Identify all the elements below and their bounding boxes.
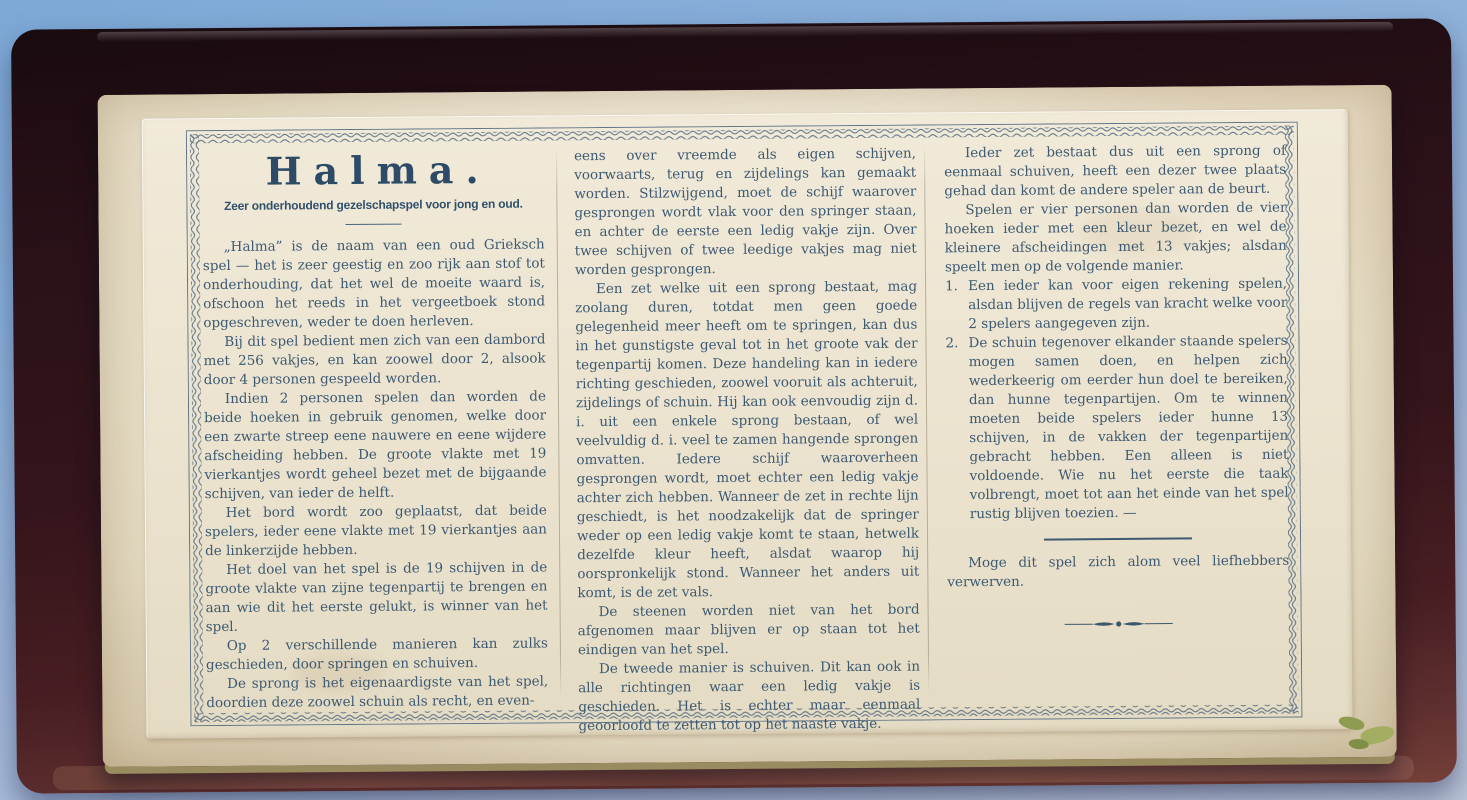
paragraph: De sprong is het eigenaardigste van het … <box>206 672 548 713</box>
list-item: 1. Een ieder kan voor eigen rekening spe… <box>945 275 1287 335</box>
instruction-sheet: Halma. Zeer onderhoudend gezelschapspel … <box>98 85 1397 767</box>
paragraph: Een zet welke uit een sprong bestaat, ma… <box>575 278 920 604</box>
list-item-number: 1. <box>945 277 968 334</box>
title-rule <box>346 224 402 225</box>
column-3: Ieder zet bestaat dus uit een sprong of … <box>944 142 1290 637</box>
paragraph: „Halma” is de naam van een oud Grieksch … <box>203 235 546 333</box>
page-title: Halma. <box>202 149 544 192</box>
paragraph: Indien 2 personen spelen dan worden de b… <box>204 387 547 504</box>
paragraph: De tweede manier is schuiven. Dit kan oo… <box>578 658 921 737</box>
column-1: Halma. Zeer onderhoudend gezelschapspel … <box>202 147 548 713</box>
closing-paragraph: Moge dit spel zich alom veel liefhebbers… <box>947 551 1289 592</box>
paragraph: Spelen er vier personen dan worden de vi… <box>944 199 1287 278</box>
box-top-sheen <box>97 22 1393 42</box>
list-item-text: De schuin tegenover elkander staande spe… <box>968 332 1288 524</box>
paragraph: De steenen worden niet van het bord afge… <box>578 601 920 661</box>
end-ornament-icon <box>1063 617 1175 630</box>
list-item: 2. De schuin tegenover elkander staande … <box>945 332 1288 525</box>
corner-wear <box>1334 711 1404 758</box>
closing-block: Moge dit spel zich alom veel liefhebbers… <box>947 551 1289 592</box>
paragraph: Het bord wordt zoo geplaatst, dat beide … <box>205 501 547 561</box>
end-ornament <box>948 615 1290 637</box>
list-item-number: 2. <box>945 334 969 524</box>
paragraph: Ieder zet bestaat dus uit een sprong of … <box>944 142 1286 202</box>
list-item-text: Een ieder kan voor eigen rekening spelen… <box>968 275 1287 335</box>
paragraph: eens over vreemde als eigen schijven, vo… <box>574 145 917 281</box>
title-block: Halma. Zeer onderhoudend gezelschapspel … <box>202 149 545 226</box>
photo-background: Halma. Zeer onderhoudend gezelschapspel … <box>0 0 1467 800</box>
paragraph: Op 2 verschillende manieren kan zulks ge… <box>206 634 548 675</box>
page-subtitle: Zeer onderhoudend gezelschapspel voor jo… <box>202 194 544 216</box>
rules-list: 1. Een ieder kan voor eigen rekening spe… <box>945 275 1289 525</box>
paragraph: Het doel van het spel is de 19 schijven … <box>205 558 548 637</box>
game-box-lid: Halma. Zeer onderhoudend gezelschapspel … <box>11 18 1457 793</box>
paragraph: Bij dit spel bedient men zich van een da… <box>203 330 545 390</box>
column-2: eens over vreemde als eigen schijven, vo… <box>574 145 921 737</box>
section-rule <box>1044 537 1192 540</box>
